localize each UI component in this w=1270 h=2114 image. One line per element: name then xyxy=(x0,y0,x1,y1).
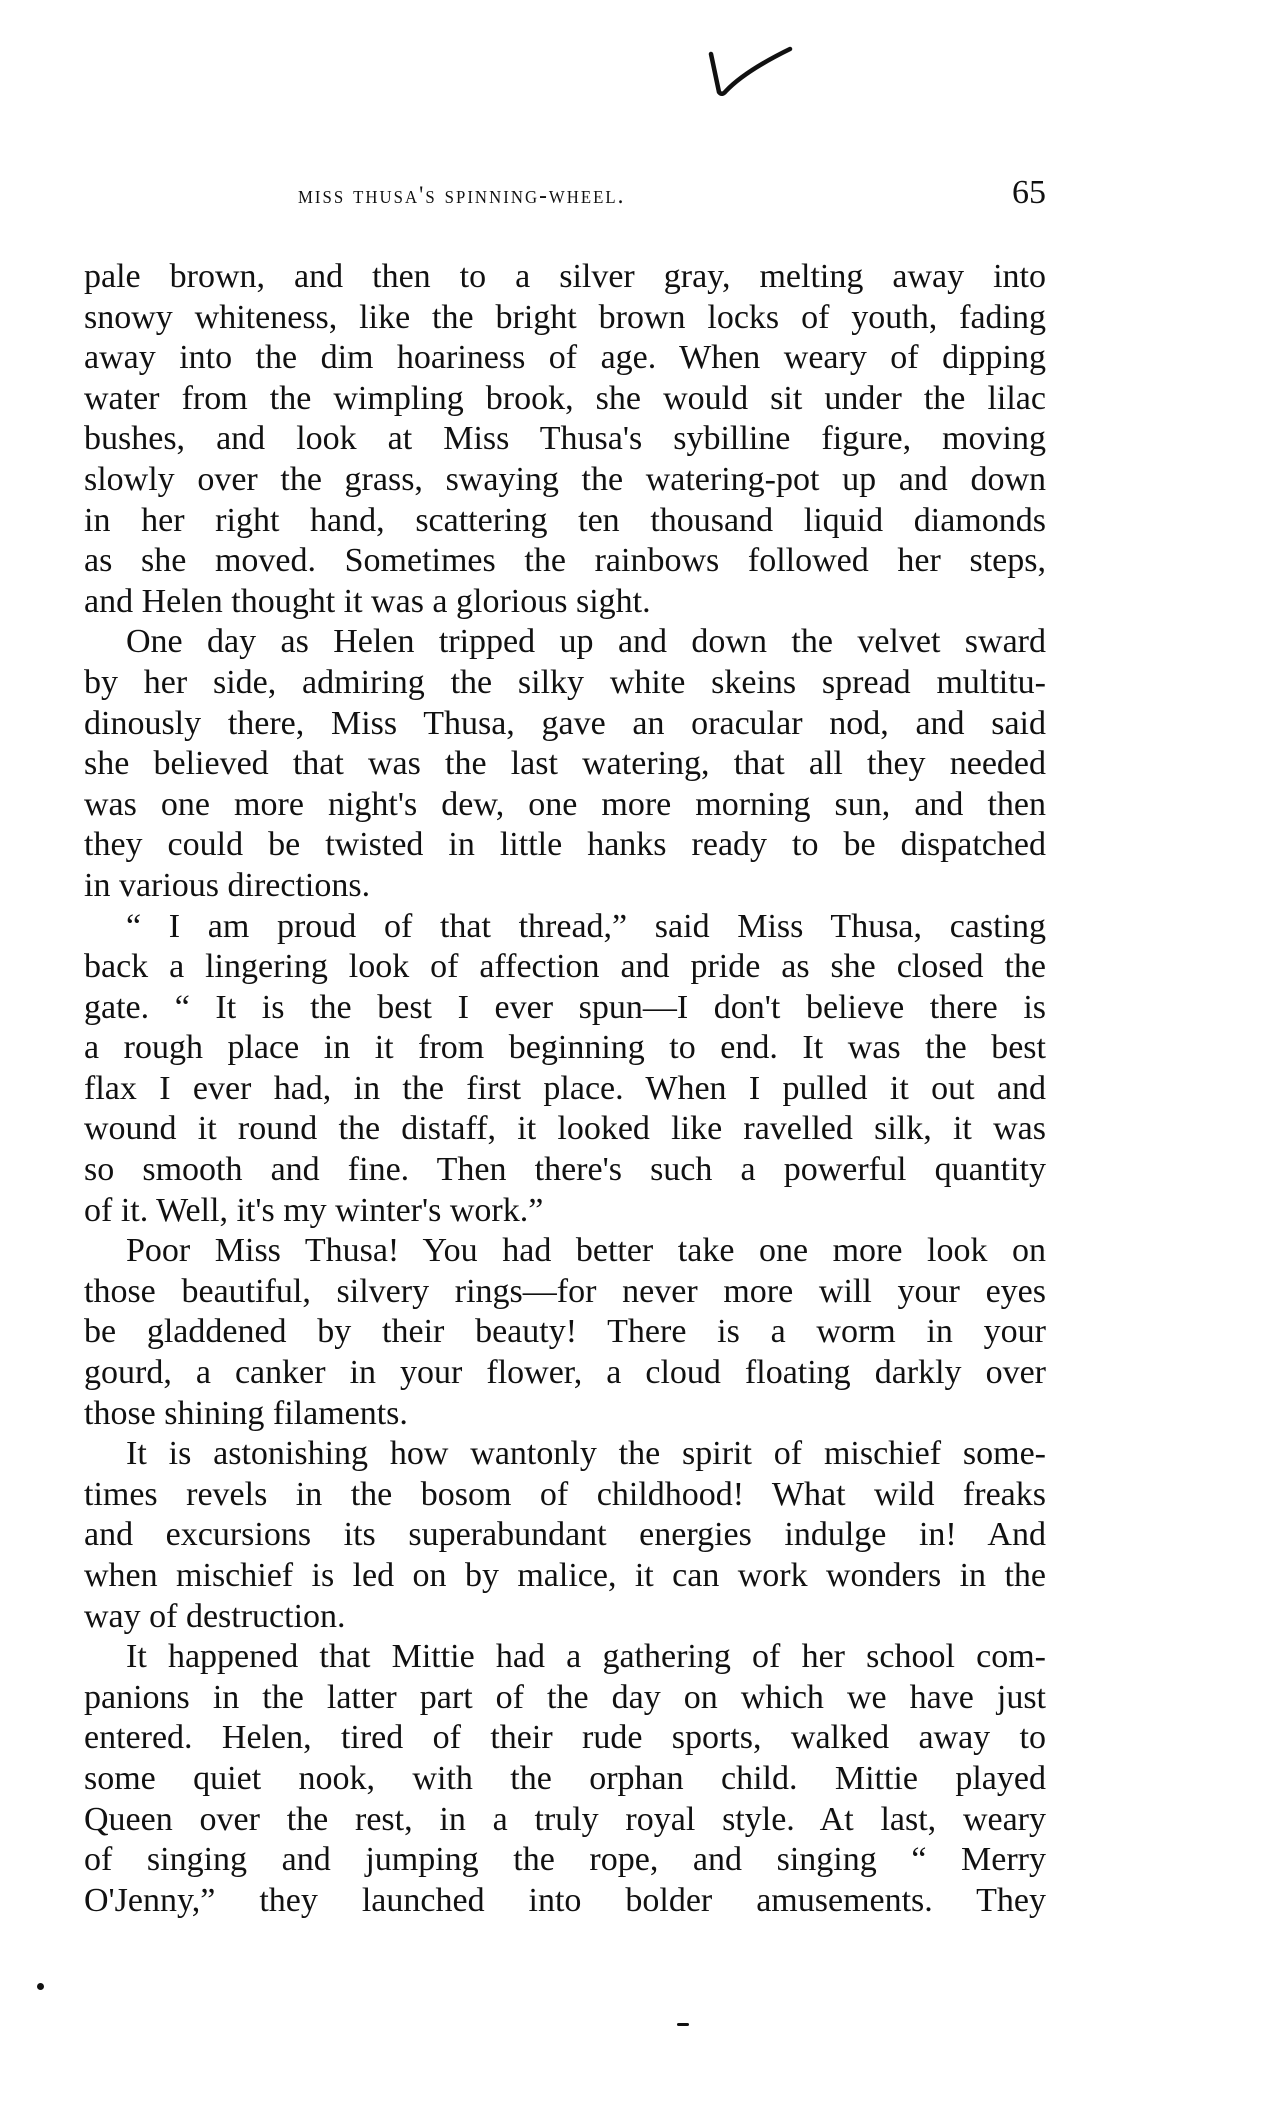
text-line: of it. Well, it's my winter's work.” xyxy=(84,1191,1046,1232)
text-line: One day as Helen tripped up and down the… xyxy=(84,622,1046,663)
text-line: O'Jenny,” they launched into bolder amus… xyxy=(84,1881,1046,1922)
text-line: gate. “ It is the best I ever spun—I don… xyxy=(84,988,1046,1029)
text-line: a rough place in it from beginning to en… xyxy=(84,1028,1046,1069)
ink-speck xyxy=(37,1983,44,1990)
text-line: they could be twisted in little hanks re… xyxy=(84,825,1046,866)
text-line: those shining filaments. xyxy=(84,1394,1046,1435)
text-line: those beautiful, silvery rings—for never… xyxy=(84,1272,1046,1313)
text-line: Queen over the rest, in a truly royal st… xyxy=(84,1800,1046,1841)
text-line: was one more night's dew, one more morni… xyxy=(84,785,1046,826)
text-line: slowly over the grass, swaying the water… xyxy=(84,460,1046,501)
text-line: flax I ever had, in the first place. Whe… xyxy=(84,1069,1046,1110)
text-line: when mischief is led on by malice, it ca… xyxy=(84,1556,1046,1597)
text-line: as she moved. Sometimes the rainbows fol… xyxy=(84,541,1046,582)
text-line: snowy whiteness, like the bright brown l… xyxy=(84,298,1046,339)
text-line: and Helen thought it was a glorious sigh… xyxy=(84,582,1046,623)
text-line: “ I am proud of that thread,” said Miss … xyxy=(84,907,1046,948)
running-header: MISS THUSA'S SPINNING-WHEEL. 65 xyxy=(298,180,1048,214)
ink-speck xyxy=(677,2023,689,2026)
text-line: It happened that Mittie had a gathering … xyxy=(84,1637,1046,1678)
paragraph-4: Poor Miss Thusa! You had better take one… xyxy=(84,1231,1046,1434)
text-line: in various directions. xyxy=(84,866,1046,907)
text-line: times revels in the bosom of childhood! … xyxy=(84,1475,1046,1516)
text-line: It is astonishing how wantonly the spiri… xyxy=(84,1434,1046,1475)
text-line: so smooth and fine. Then there's such a … xyxy=(84,1150,1046,1191)
text-line: away into the dim hoariness of age. When… xyxy=(84,338,1046,379)
text-line: Poor Miss Thusa! You had better take one… xyxy=(84,1231,1046,1272)
running-title: MISS THUSA'S SPINNING-WHEEL. xyxy=(298,182,626,210)
text-line: way of destruction. xyxy=(84,1597,1046,1638)
text-line: some quiet nook, with the orphan child. … xyxy=(84,1759,1046,1800)
paragraph-3: “ I am proud of that thread,” said Miss … xyxy=(84,907,1046,1232)
text-line: gourd, a canker in your flower, a cloud … xyxy=(84,1353,1046,1394)
text-line: by her side, admiring the silky white sk… xyxy=(84,663,1046,704)
paragraph-5: It is astonishing how wantonly the spiri… xyxy=(84,1434,1046,1637)
text-line: pale brown, and then to a silver gray, m… xyxy=(84,257,1046,298)
text-line: she believed that was the last watering,… xyxy=(84,744,1046,785)
text-line: dinously there, Miss Thusa, gave an orac… xyxy=(84,704,1046,745)
text-line: bushes, and look at Miss Thusa's sybilli… xyxy=(84,419,1046,460)
text-line: entered. Helen, tired of their rude spor… xyxy=(84,1718,1046,1759)
text-line: wound it round the distaff, it looked li… xyxy=(84,1109,1046,1150)
text-line: and excursions its superabundant energie… xyxy=(84,1515,1046,1556)
text-line: back a lingering look of affection and p… xyxy=(84,947,1046,988)
text-line: panions in the latter part of the day on… xyxy=(84,1678,1046,1719)
text-line: be gladdened by their beauty! There is a… xyxy=(84,1312,1046,1353)
body-text: pale brown, and then to a silver gray, m… xyxy=(84,257,1046,1921)
text-line: water from the wimpling brook, she would… xyxy=(84,379,1046,420)
paragraph-1: pale brown, and then to a silver gray, m… xyxy=(84,257,1046,622)
paragraph-6: It happened that Mittie had a gathering … xyxy=(84,1637,1046,1921)
page-number: 65 xyxy=(1012,174,1046,212)
paragraph-2: One day as Helen tripped up and down the… xyxy=(84,622,1046,906)
text-line: of singing and jumping the rope, and sin… xyxy=(84,1840,1046,1881)
check-mark-icon xyxy=(700,44,800,104)
text-line: in her right hand, scattering ten thousa… xyxy=(84,501,1046,542)
